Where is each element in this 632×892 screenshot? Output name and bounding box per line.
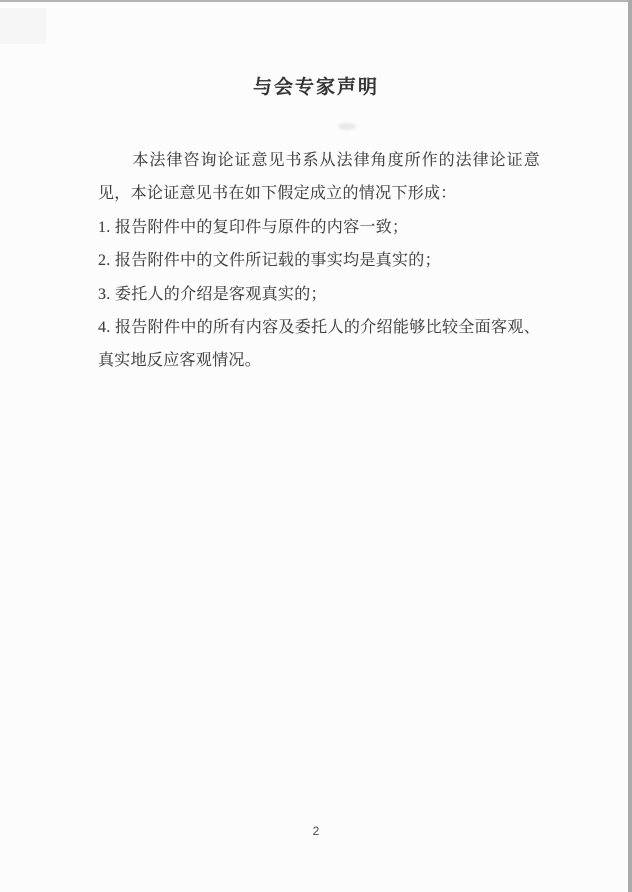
- scan-smudge: [338, 123, 356, 130]
- scanned-document-page: 与会专家声明 本法律咨询论证意见书系从法律角度所作的法律论证意见，本论证意见书在…: [0, 0, 632, 892]
- assumption-item-1: 1. 报告附件中的复印件与原件的内容一致；: [98, 211, 540, 244]
- assumption-item-3: 3. 委托人的介绍是客观真实的；: [98, 278, 540, 311]
- assumption-item-4: 4. 报告附件中的所有内容及委托人的介绍能够比较全面客观、真实地反应客观情况。: [98, 311, 540, 378]
- document-body: 本法律咨询论证意见书系从法律角度所作的法律论证意见，本论证意见书在如下假定成立的…: [98, 144, 540, 378]
- scan-top-edge: [0, 0, 632, 2]
- scan-corner-artifact: [0, 8, 46, 44]
- page-number: 2: [0, 824, 632, 838]
- page-title: 与会专家声明: [0, 72, 632, 99]
- scan-right-edge: [628, 0, 632, 892]
- assumption-item-2: 2. 报告附件中的文件所记载的事实均是真实的；: [98, 244, 540, 277]
- intro-paragraph: 本法律咨询论证意见书系从法律角度所作的法律论证意见，本论证意见书在如下假定成立的…: [98, 144, 540, 211]
